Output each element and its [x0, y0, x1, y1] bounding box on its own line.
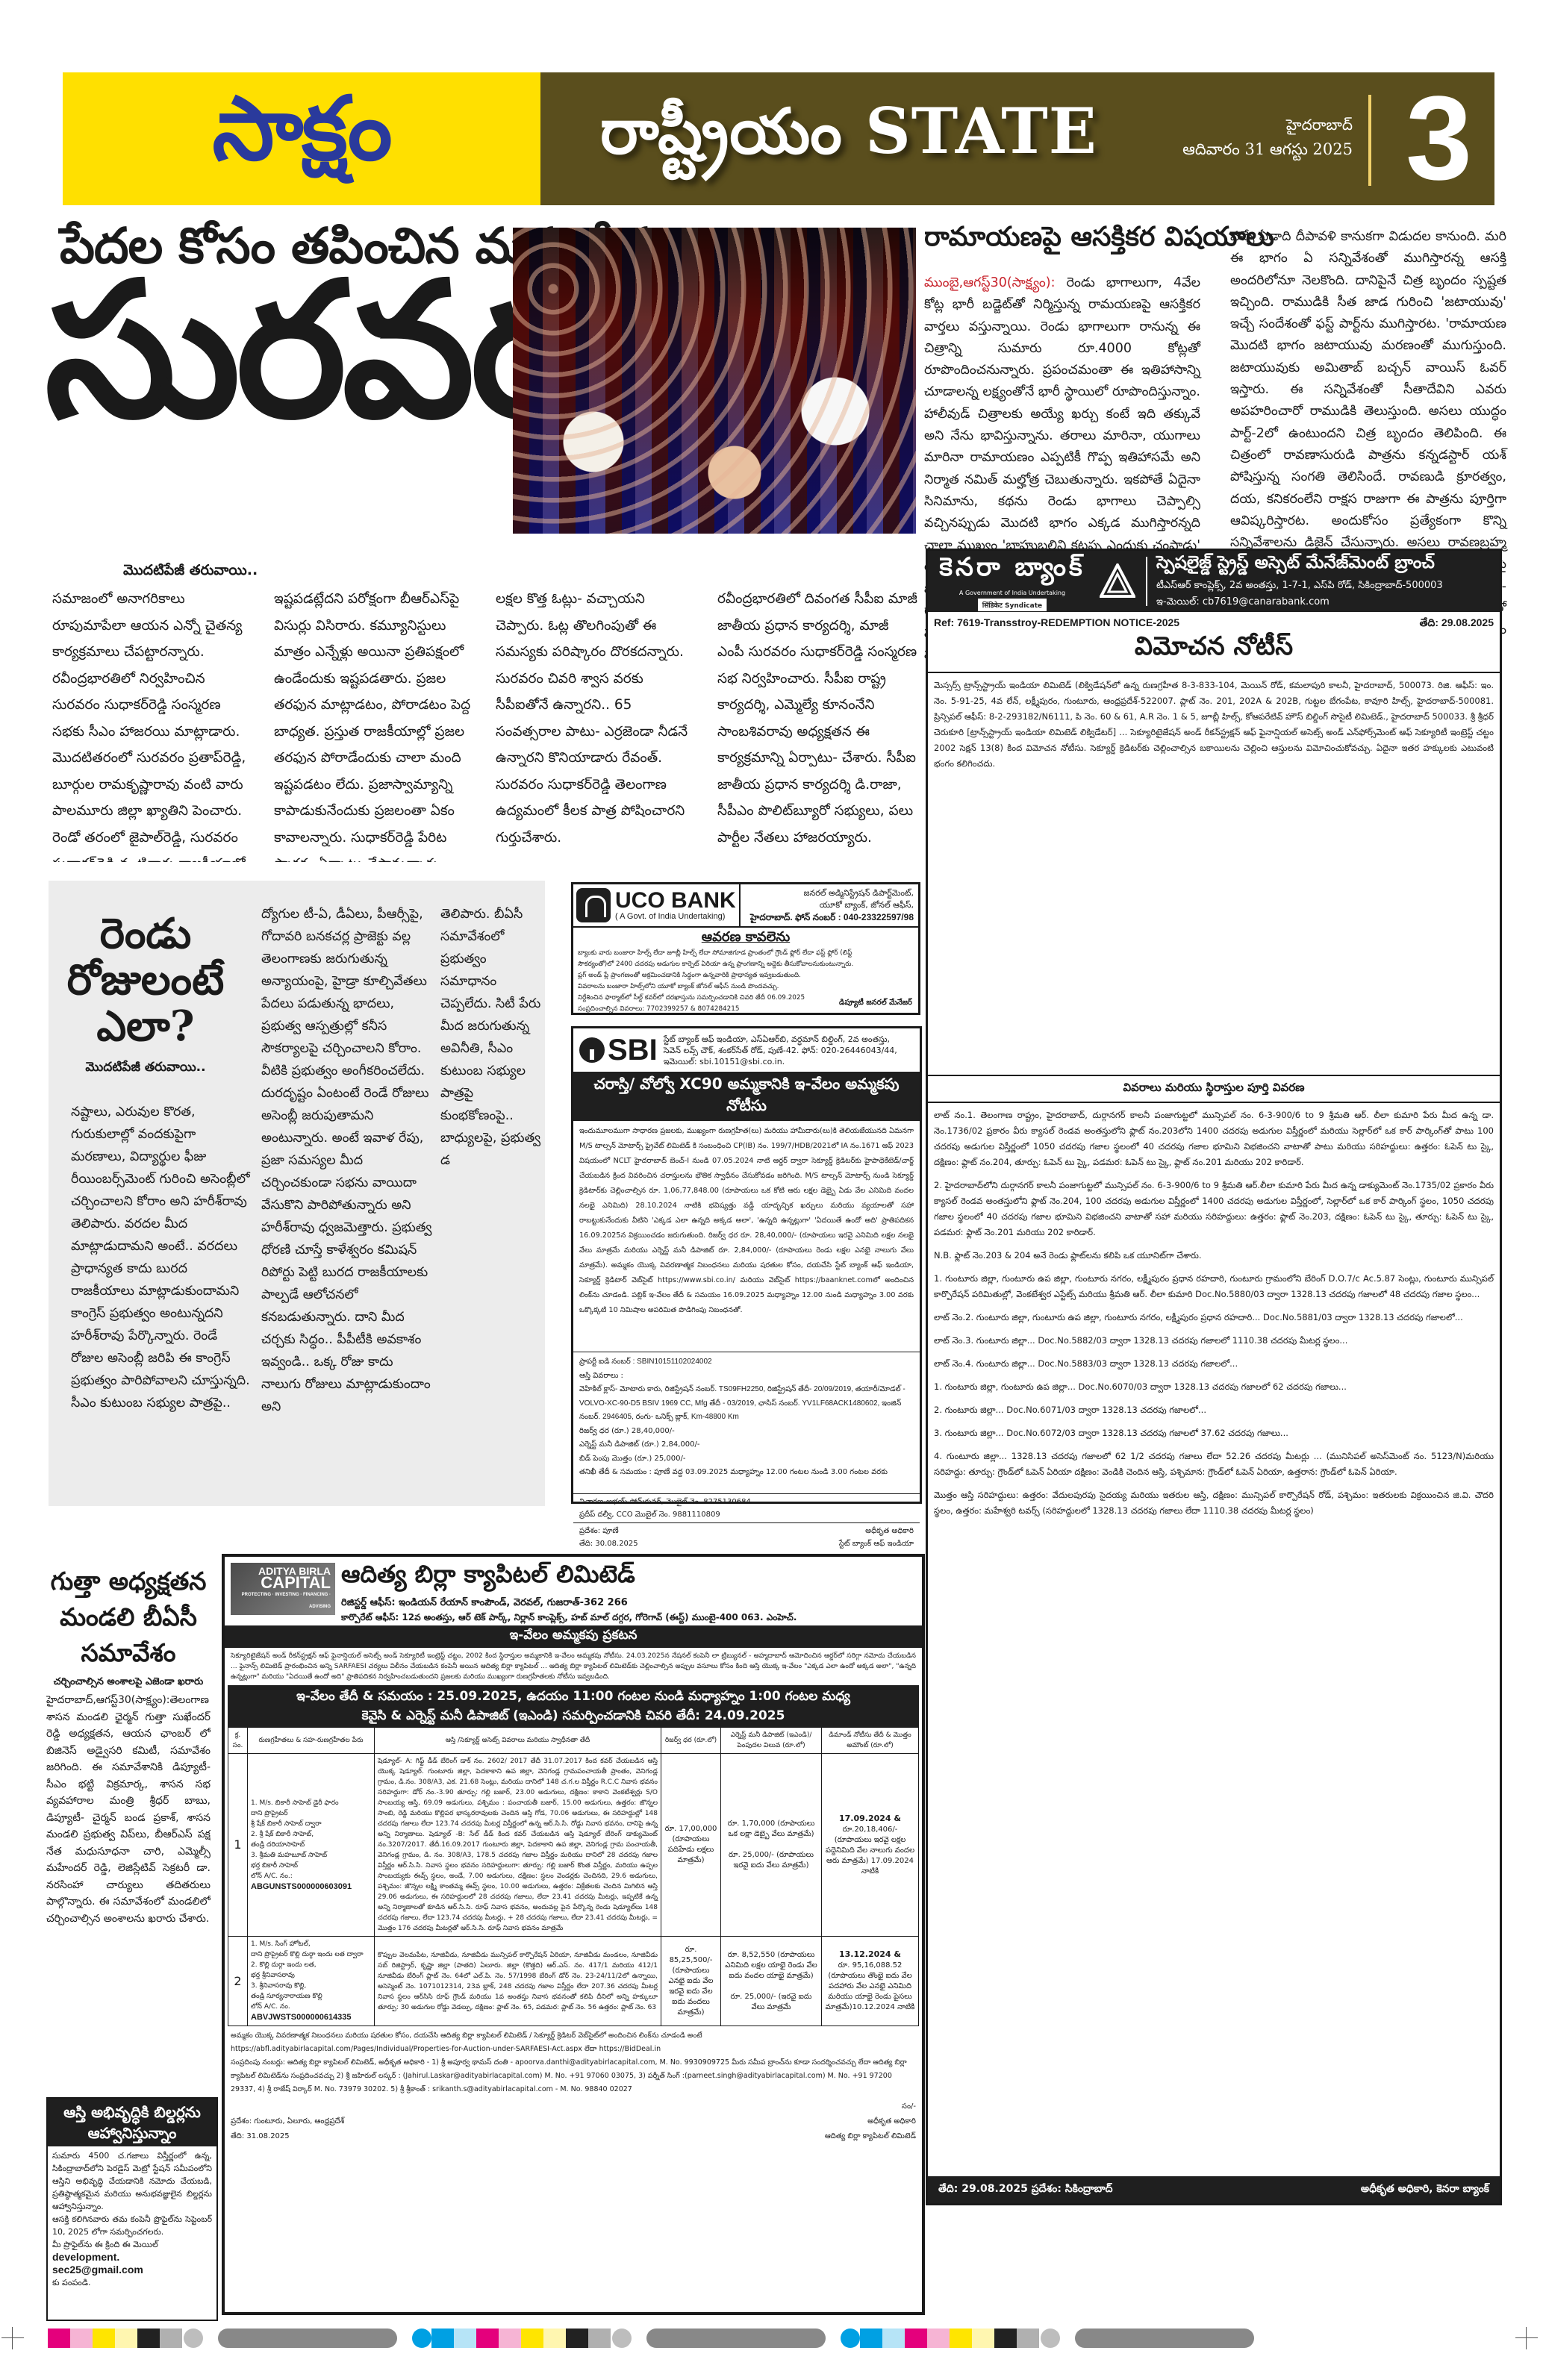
reserve-price: రిజర్వ్ ధర (రూ.) 28,40,000/- — [579, 1425, 914, 1439]
abc-date: తేది: 31.08.2025 — [231, 2129, 344, 2144]
col-header: క్ర. సం. — [228, 1728, 248, 1754]
builder-text: మీ ప్రొఫైల్‌ను ఈ క్రింది ఈ మెయిల్ — [52, 2238, 212, 2251]
lead-column: సమాజంలో అనాగరికాలు రూపుమాపేలా ఆయన ఎన్నో … — [52, 586, 253, 862]
abc-notice-bar: ఇ-వేలం అమ్మకపు ప్రకటన — [225, 1625, 922, 1648]
continued-label: మొదటిపేజీ తరువాయి.. — [123, 562, 258, 582]
logo-text: సాక్షం — [212, 77, 390, 202]
sbi-date: తేది: 30.08.2025 — [579, 1537, 638, 1550]
color-swatch — [882, 2329, 905, 2348]
abc-corp-office: కార్పొరేట్ ఆఫీస్: 12వ అంతస్తు, ఆర్ టెక్ … — [341, 1612, 922, 1625]
borrower-line: లోన్ A/C. నం.: — [251, 1871, 371, 1881]
canara-logo: కెనరా బ్యాంక్ A Government of India Unde… — [935, 552, 1089, 611]
sbi-property: ప్రాపర్టీ ఐడి నంబర్ : SBIN10151102024002… — [573, 1352, 920, 1494]
emd-increment: రూ. 8,52,550 (రూపాయలు ఎనిమిది లక్షల యాభై… — [721, 1937, 822, 2026]
uco-phone: హైదరాబాద్. ఫోన్ నంబర్ : 040-23322597/98 — [741, 911, 914, 923]
color-swatch — [521, 2329, 543, 2348]
reserve-price: రూ. 85,25,500/- (రూపాయలు ఎనభై ఐదు వేల ఇర… — [661, 1937, 721, 2026]
color-swatch — [70, 2329, 93, 2348]
col-header: ఆస్తి /సెక్యూర్డ్ అసెట్స్ వివరాలు మరియు … — [375, 1728, 661, 1754]
lot-item: మొత్తం ఆస్తి సరిహద్దులు: ఉత్తరం: వేదులపు… — [934, 1487, 1494, 1519]
dateline: ముంబై,ఆగస్ట్30(సాక్ష్యం): — [924, 275, 1056, 290]
builder-text: ఆసక్తి కలిగినవారు తమ కంపెనీ ప్రొఫైల్‌ను … — [52, 2213, 212, 2238]
ramayana-headline: రామాయణపై ఆసక్తికర విషయాలు — [924, 222, 1274, 259]
sbi-footer: ప్రదేశం: పూణే తేది: 30.08.2025 అధీకృత అధ… — [573, 1523, 920, 1552]
lot-item: 3. గుంటూరు జిల్లా... Doc.No.6072/03 ద్వా… — [934, 1425, 1494, 1441]
lead-column: ఇష్టపడట్లేదని పరోక్షంగా బీఆర్‌ఎస్‌పై విస… — [274, 586, 475, 862]
bank-name: కెనరా బ్యాంక్ — [935, 552, 1089, 588]
abc-place: ప్రదేశం: గుంటూరు, ఏలూరు, ఆంధ్రప్రదేశ్ — [231, 2114, 344, 2129]
borrower-line: 3. శ్రీనివాసరావు కొల్లి, — [251, 1981, 371, 1991]
property-label: ఆస్తి వివరాలు : — [579, 1369, 914, 1384]
divider — [1368, 95, 1371, 186]
lead-photo[interactable] — [513, 228, 916, 534]
notice-title: విమోచన నోటీస్ — [928, 631, 1500, 673]
sbi-address: స్టేట్ బ్యాంక్ ఆఫ్ ఇండియా, ఎస్ఏఆర్‌బి, వ… — [664, 1034, 897, 1067]
grey-bar — [646, 2329, 826, 2348]
color-swatch — [1017, 2329, 1039, 2348]
section-banner: రాష్ట్రీయం STATE హైదరాబాద్ ఆదివారం 31 ఆగ… — [540, 72, 1494, 205]
lot-item: 2. హైదరాబాద్‌లోని దుర్గానగర్ కాలనీ పంజాగ… — [934, 1178, 1494, 1240]
branch-address: టీఎస్ఆర్ కాంప్లెక్స్, 2వ అంతస్తు, 1-7-1,… — [1156, 580, 1443, 593]
lot-item: 4. గుంటూరు జిల్లా... 1328.13 చదరపు గజాలల… — [934, 1449, 1494, 1480]
uco-signatory: డిప్యూటీ జనరల్ మేనేజర్ — [839, 998, 912, 1008]
uco-line: బ్యాంకు వారు బంజారా హిల్స్ లేదా జూబ్లీ హ… — [578, 948, 914, 959]
schedule-lots: లాట్ నం.1. తెలంగాణ రాష్ట్రం, హైదరాబాద్, … — [928, 1103, 1500, 2189]
builder-text: కు పంపండి. — [52, 2276, 212, 2289]
page-number: 3 — [1406, 78, 1472, 198]
print-color-bar — [0, 2329, 1543, 2348]
terms-link-note[interactable]: అమ్మకం యొక్క వివరణాత్మక నిబంధనలు మరియు ష… — [231, 2029, 916, 2056]
sbi-auction-ad: SBI స్టేట్ బ్యాంక్ ఆఫ్ ఇండియా, ఎస్ఏఆర్‌బ… — [571, 1026, 922, 1504]
color-swatch — [93, 2329, 115, 2348]
emd-value: రూ. 8,52,550 (రూపాయలు ఎనిమిది లక్షల యాభై… — [724, 1950, 818, 1981]
auction-date: ఇ-వేలం తేదీ & సమయం : 25.09.2025, ఉదయం 11… — [228, 1687, 919, 1706]
builder-ad: ఆస్తి అభివృద్ధికి బిల్డర్లను ఆహ్వానిస్తు… — [46, 2097, 218, 2321]
aditya-birla-auction-ad: ADITYA BIRLA CAPITAL PROTECTING · INVEST… — [222, 1554, 925, 2315]
sbi-place: ప్రదేశం: పూణే — [579, 1525, 638, 1537]
branch-name: స్పెషలైజ్డ్ స్ట్రెస్డ్ అస్సెట్ మేనేజ్‌మె… — [1156, 553, 1443, 577]
canara-bank-notice: కెనరా బ్యాంక్ A Government of India Unde… — [926, 549, 1502, 2205]
sbi-signatory-bank: స్టేట్ బ్యాంక్ ఆఫ్ ఇండియా — [839, 1537, 914, 1550]
contact-note: సంప్రదింపు నంబర్లు: ఆదిత్య బిర్లా క్యాపి… — [231, 2056, 916, 2096]
uco-title: ఆవరణ కావలెను — [573, 928, 918, 948]
cyan-dot-icon — [841, 2329, 860, 2348]
borrower-line: లోన్ A/C. నం. — [251, 2002, 371, 2012]
borrower-line: తండ్రి దరియాసాహెబ్ — [251, 1840, 371, 1850]
uco-tagline: ( A Govt. of India Undertaking) — [615, 912, 736, 921]
vehicle-details: వెహికిల్ క్లాస్- మోటారు కారు, రిజిస్ట్రే… — [579, 1383, 914, 1425]
bid-increment: బిడ్ పెంపు మొత్తం (రూ.) 25,000/- — [579, 1452, 914, 1467]
color-swatch — [543, 2329, 566, 2348]
sbi-email[interactable]: ఇమెయిల్: sbi.10151@sbi.co.in. — [664, 1056, 897, 1067]
grey-dot-icon — [184, 2329, 203, 2348]
abc-intro: సెక్యూరిటైజేషన్ అండ్ రీకన్‌స్ట్రక్షన్ ఆఫ… — [225, 1648, 922, 1685]
builder-text: సుమారు 4500 చ.గజాలు విస్తీర్ణంలో ఉన్న, స… — [52, 2149, 212, 2213]
increment-value: రూ. 25,000/- (ఇరవై ఐదు వేలు మాత్రమే — [724, 1992, 818, 2013]
uco-address: జనరల్ అడ్మినిస్ట్రేషన్ డిపార్ట్‌మెంట్, య… — [739, 884, 918, 926]
color-swatch — [48, 2329, 70, 2348]
demand-amount: రూ. 95,16,088.52 (రూపాయలు తొంభై ఐదు వేల … — [825, 1961, 915, 2013]
uco-line: సౌకర్యంతో)లో 2400 చదరపు అడుగుల కార్పెట్ … — [578, 959, 914, 970]
borrower-line: 2. కొల్లి దుర్గా ఇందు లత, — [251, 1960, 371, 1970]
property-id: ప్రాపర్టీ ఐడి నంబర్ : SBIN10151102024002 — [579, 1355, 914, 1369]
table-header-row: క్ర. సం. రుణగ్రహీతలు & సహ-రుణగ్రహీతల పేర… — [228, 1728, 919, 1754]
color-swatch — [950, 2329, 972, 2348]
council-bac-story: గుత్తా అధ్యక్షతన మండలి బీఏసీ సమావేశం చర్… — [46, 1564, 211, 2071]
col-header: డిమాండ్ నోటీసు తేదీ & మొత్తం అమౌంట్ (రూ.… — [822, 1728, 919, 1754]
uco-bank-ad: UCO BANK ( A Govt. of India Undertaking)… — [571, 882, 920, 1015]
assembly-column: ద్యోగుల టీ-ఏ, డీఏలు, పీఆర్సీపై, గోదావరి … — [261, 903, 433, 1500]
syndicate-badge: सिंडिकेट Syndicate — [978, 599, 1047, 611]
table-row: 1 1. M/s. బికారీ సాహెబ్ డైరీ ఫారం దాని ప… — [228, 1754, 919, 1937]
col-header: రుణగ్రహీతలు & సహ-రుణగ్రహీతల పేరు — [248, 1728, 375, 1754]
borrower-line: భర్త శ్రీనివాసరావు — [251, 1970, 371, 1981]
color-swatch — [566, 2329, 588, 2348]
demand-date: 17.09.2024 & — [839, 1814, 901, 1823]
demand-notice: 17.09.2024 & రూ.20,18,406/- (రూపాయలు ఇరవ… — [822, 1754, 919, 1937]
uco-line: వివరాలను బంజారా హిల్స్‌లోని యూకో బ్యాంక్… — [578, 981, 914, 993]
color-swatch — [994, 2329, 1017, 2348]
notice-ref: Ref: 7619-Transstroy-REDEMPTION NOTICE-2… — [934, 616, 1179, 631]
uco-header: UCO BANK ( A Govt. of India Undertaking)… — [573, 884, 918, 928]
sbi-signatory: అధీకృత అధికారి — [839, 1525, 914, 1537]
sbi-header: SBI స్టేట్ బ్యాంక్ ఆఫ్ ఇండియా, ఎస్ఏఆర్‌బ… — [573, 1028, 920, 1072]
demand-date: 13.12.2024 & — [839, 1949, 901, 1959]
col-header: ఎర్నెస్ట్ మనీ డిపాజిట్ (ఇఎండి)/ పెంపుదల … — [721, 1728, 822, 1754]
footer-date-place: తేది: 29.08.2025 ప్రదేశం: సికింద్రాబాద్ — [938, 2183, 1112, 2197]
crowd-image-icon — [513, 228, 916, 534]
canara-triangle-icon — [1100, 563, 1135, 599]
abc-sd: సం/- — [825, 2099, 916, 2114]
demand-amount: రూ.20,18,406/- (రూపాయలు ఇరవై లక్షల పద్దె… — [825, 1825, 915, 1877]
emd-value: రూ. 1,70,000 (రూపాయలు ఒక లక్షా డెబ్బై వే… — [724, 1819, 818, 1840]
color-swatch — [927, 2329, 950, 2348]
sbi-logo: SBI — [579, 1034, 658, 1067]
borrower-line: తండ్రి సూర్యనారాయణ కొల్లి — [251, 1991, 371, 2002]
lead-column: లక్షల కొత్త ఓట్లు- వచ్చాయని చెప్పారు. ఓట… — [496, 586, 696, 862]
abc-header: ADITYA BIRLA CAPITAL PROTECTING · INVEST… — [225, 1557, 922, 1625]
color-swatch — [431, 2329, 454, 2348]
borrower-line: శ్రీ షేక్ బికారీ సాహెబ్ ద్వారా — [251, 1819, 371, 1829]
emd-amount: ఎర్నెస్ట్ మనీ డిపాజిట్ (రూ.) 2,84,000/- — [579, 1438, 914, 1452]
lead-story: పేదల కోసం తపించిన మహానేత సురవరం మొదటిపేజ… — [45, 213, 918, 869]
color-swatch — [499, 2329, 521, 2348]
lot-item: లాట్ నెం.4. గుంటూరు జిల్లా... Doc.No.588… — [934, 1356, 1494, 1372]
edition-city: హైదరాబాద్ — [1182, 116, 1353, 137]
grey-bar — [1075, 2329, 1254, 2348]
cyan-dot-icon — [412, 2329, 431, 2348]
borrower-line: 2. శ్రీ షేక్ బికారీ సాహెబ్, — [251, 1829, 371, 1840]
property-details: షెడ్యూల్- A: గిఫ్ట్ డీడ్ బేరింగ్ డాక్ నం… — [375, 1754, 661, 1937]
auction-table: క్ర. సం. రుణగ్రహీతలు & సహ-రుణగ్రహీతల పేర… — [228, 1727, 919, 2026]
color-swatch — [454, 2329, 476, 2348]
property-details: కొప్పుల వెలమపేట, నూజివీడు, నూజివీడు మున్… — [375, 1937, 661, 2026]
lead-column: రవీంద్రభారతిలో దివంగత సీపీఐ మాజీ జాతీయ ప… — [717, 586, 918, 862]
abc-notes: అమ్మకం యొక్క వివరణాత్మక నిబంధనలు మరియు ష… — [225, 2026, 922, 2099]
assembly-column: నష్టాలు, ఎరువుల కొరత, గురుకులాల్లో వందకు… — [71, 1101, 254, 1496]
borrower-names: 1. M/s. సింగ్ హోటల్, దాని ప్రొప్రైటర్ కొ… — [248, 1937, 375, 2026]
edition-date: ఆదివారం 31 ఆగస్టు 2025 — [1182, 140, 1353, 163]
demand-notice: 13.12.2024 & రూ. 95,16,088.52 (రూపాయలు త… — [822, 1937, 919, 2026]
council-headline: గుత్తా అధ్యక్షతన మండలి బీఏసీ సమావేశం — [46, 1564, 211, 1671]
color-swatch — [972, 2329, 994, 2348]
enquiry-contact: ప్రదీప్ దల్వీ, CCO మొబైల్ నెం. 988111080… — [579, 1508, 914, 1521]
lot-item: లాట్ నెం.3. గుంటూరు జిల్లా... Doc.No.588… — [934, 1333, 1494, 1349]
inspection-time: తనిఖీ తేదీ & సమయం : పూణే వద్ద 03.09.2025… — [579, 1466, 914, 1480]
sbi-title: చరాస్తి/ వోల్వో XC90 అమ్మకానికి ఇ-వేలం అ… — [573, 1072, 920, 1121]
borrower-line: 3. శ్రీమతి మహబూబ్ సాహెబ్ — [251, 1850, 371, 1861]
notice-ref-row: Ref: 7619-Transstroy-REDEMPTION NOTICE-2… — [928, 612, 1500, 631]
sbi-keyhole-icon — [579, 1037, 605, 1063]
auction-schedule-bar: ఇ-వేలం తేదీ & సమయం : 25.09.2025, ఉదయం 11… — [228, 1685, 919, 1727]
lot-item: లాట్ నెం.2. గుంటూరు జిల్లా, గుంటూరు ఉప జ… — [934, 1310, 1494, 1325]
row-sno: 2 — [228, 1937, 248, 2026]
builder-email[interactable]: development. sec25@gmail.com — [52, 2251, 212, 2276]
notice-body: మెస్సర్స్ ట్రాన్స్‌స్ట్రాయ్ ఇండియా లిమిట… — [928, 673, 1500, 1076]
section-title: రాష్ట్రీయం STATE — [600, 94, 1097, 184]
council-body: హైదరాబాద్,ఆగస్ట్30(సాక్ష్యం):తెలంగాణ శాస… — [46, 1692, 211, 2043]
reserve-price: రూ. 17,00,000 (రూపాయలు పదిహేడు లక్షలు మా… — [661, 1754, 721, 1937]
color-swatch — [115, 2329, 137, 2348]
uco-logo: UCO BANK ( A Govt. of India Undertaking) — [573, 884, 739, 926]
uco-line: ప్లగ్ అండ్ ప్లే ప్రాంగణంతో అక్రమించడానిక… — [578, 970, 914, 981]
grey-dot-icon — [1041, 2329, 1060, 2348]
lot-item: N.B. ఫ్లాట్ నెం.203 & 204 అనే రెండు ఫ్లా… — [934, 1248, 1494, 1264]
divider — [1146, 557, 1147, 606]
increment-value: రూ. 25,000/- (రూపాయలు ఇరవై ఐదు వేలు మాత్… — [724, 1850, 818, 1871]
lead-body: సమాజంలో అనాగరికాలు రూపుమాపేలా ఆయన ఎన్నో … — [52, 586, 918, 862]
lot-item: 1. గుంటూరు జిల్లా, గుంటూరు ఉప జిల్లా, గు… — [934, 1271, 1494, 1302]
branch-email[interactable]: ఇ-మెయిల్: cb7619@canarabank.com — [1156, 596, 1443, 610]
abc-logo: ADITYA BIRLA CAPITAL PROTECTING · INVEST… — [231, 1563, 335, 1615]
row-sno: 1 — [228, 1754, 248, 1937]
lot-item: 2. గుంటూరు జిల్లా... Doc.No.6071/03 ద్వా… — [934, 1402, 1494, 1418]
sbi-address-line: స్టేట్ బ్యాంక్ ఆఫ్ ఇండియా, ఎస్ఏఆర్‌బి, వ… — [664, 1034, 897, 1045]
abc-signature: ప్రదేశం: గుంటూరు, ఏలూరు, ఆంధ్రప్రదేశ్ తే… — [225, 2099, 922, 2144]
newspaper-logo[interactable]: సాక్షం — [63, 72, 540, 205]
assembly-column: తెలిపారు. బీఏసీ సమావేశంలో ప్రభుత్వం సమాధ… — [440, 903, 541, 1500]
notice-date: తేది: 29.08.2025 — [1420, 616, 1494, 631]
abc-signatory-company: ఆదిత్య బిర్లా క్యాపిటల్ లిమిటెడ్ — [825, 2129, 916, 2144]
lot-item: 1. గుంటూరు జిల్లా, గుంటూరు ఉప జిల్లా... … — [934, 1379, 1494, 1395]
color-swatch — [137, 2329, 160, 2348]
builder-headline: ఆస్తి అభివృద్ధికి బిల్డర్లను ఆహ్వానిస్తు… — [48, 2099, 216, 2146]
logo-tagline: PROTECTING · INVESTING · FINANCING · ADV… — [231, 1589, 331, 1613]
sbi-body: ఇందుమూలముగా సాధారణ ప్రజలకు, ముఖ్యంగా రుణ… — [573, 1121, 920, 1352]
borrower-line: దాని ప్రొప్రైటర్ — [251, 1808, 371, 1819]
masthead: సాక్షం రాష్ట్రీయం STATE హైదరాబాద్ ఆదివార… — [63, 72, 1494, 205]
loan-account: ABGUNSTS000000603091 — [251, 1882, 352, 1891]
borrower-names: 1. M/s. బికారీ సాహెబ్ డైరీ ఫారం దాని ప్ర… — [248, 1754, 375, 1937]
borrower-line: 1. M/s. సింగ్ హోటల్, — [251, 1939, 371, 1949]
canara-header: కెనరా బ్యాంక్ A Government of India Unde… — [928, 551, 1500, 612]
borrower-line: దాని ప్రొప్రైటర్ కొల్లి దుర్గా ఇందు లత ద… — [251, 1949, 371, 1960]
uco-dept: జనరల్ అడ్మినిస్ట్రేషన్ డిపార్ట్‌మెంట్, — [741, 887, 914, 899]
emd-increment: రూ. 1,70,000 (రూపాయలు ఒక లక్షా డెబ్బై వే… — [721, 1754, 822, 1937]
council-subhead: చర్చించాల్సిన అంశాలపై ఎజెండా ఖరారు — [46, 1674, 211, 1690]
table-row: 2 1. M/s. సింగ్ హోటల్, దాని ప్రొప్రైటర్ … — [228, 1937, 919, 2026]
builder-body: సుమారు 4500 చ.గజాలు విస్తీర్ణంలో ఉన్న, స… — [48, 2146, 216, 2292]
continued-label: మొదటిపేజీ తరువాయి.. — [63, 1060, 228, 1078]
ramayana-story: రామాయణపై ఆసక్తికర విషయాలు ముంబై,ఆగస్ట్30… — [924, 213, 1506, 541]
abc-titles: ఆదిత్య బిర్లా క్యాపిటల్ లిమిటెడ్ రిజిస్ట… — [341, 1557, 922, 1625]
color-swatch — [905, 2329, 927, 2348]
edition-meta: హైదరాబాద్ ఆదివారం 31 ఆగస్టు 2025 — [1182, 116, 1353, 163]
enquiry-contact: విచారణ-అభయ్ సోమ్‌కువర్, మొబైల్ నెం. 8275… — [579, 1496, 914, 1508]
loan-account: ABVJWSTS000000614335 — [251, 2013, 352, 2022]
schedule-title: వివరాలు మరియు స్థిరాస్తుల పూర్తి వివరణ — [928, 1076, 1500, 1103]
kyc-deadline: కెవైసి & ఎర్నెస్ట్ మనీ డిపాజిట్ (ఇఎండి) … — [228, 1706, 919, 1725]
lot-item: లాట్ నం.1. తెలంగాణ రాష్ట్రం, హైదరాబాద్, … — [934, 1108, 1494, 1170]
color-swatch — [160, 2329, 182, 2348]
abc-title: ఆదిత్య బిర్లా క్యాపిటల్ లిమిటెడ్ — [341, 1560, 922, 1594]
assembly-headline: రెండు రోజులంటే ఎలా? — [63, 911, 228, 1049]
grey-bar — [218, 2329, 397, 2348]
color-swatch — [860, 2329, 882, 2348]
registration-mark-icon — [1515, 2327, 1538, 2349]
col-header: రిజర్వ్ ధర (రూ.లో) — [661, 1728, 721, 1754]
footer-signatory: అధీకృత అధికారి, కెనరా బ్యాంక్ — [1361, 2183, 1489, 2197]
logo-line: CAPITAL — [231, 1577, 331, 1589]
borrower-line: 1. M/s. బికారీ సాహెబ్ డైరీ ఫారం — [251, 1798, 371, 1808]
color-swatch — [588, 2329, 611, 2348]
branch-info: స్పెషలైజ్డ్ స్ట్రెస్డ్ అస్సెట్ మేనేజ్‌మె… — [1156, 553, 1443, 610]
grey-dot-icon — [612, 2329, 632, 2348]
bank-tagline: A Government of India Undertaking — [935, 590, 1089, 596]
borrower-line: భర్త బికారీ సాహెబ్ — [251, 1861, 371, 1871]
assembly-story: రెండు రోజులంటే ఎలా? మొదటిపేజీ తరువాయి.. … — [49, 881, 545, 1506]
sbi-logo-text: SBI — [608, 1034, 658, 1067]
uco-emblem-icon — [576, 888, 611, 922]
sbi-enquiry: విచారణ-అభయ్ సోమ్‌కువర్, మొబైల్ నెం. 8275… — [573, 1494, 920, 1523]
abc-signatory: అధీకృత అధికారి — [825, 2114, 916, 2129]
uco-name: UCO BANK — [615, 890, 736, 912]
abc-regd-office: రిజిస్టర్డ్ ఆఫీస్: ఇండియన్ రేయాన్ కాంపౌం… — [341, 1597, 922, 1611]
color-swatch — [476, 2329, 499, 2348]
notice-footer: తేది: 29.08.2025 ప్రదేశం: సికింద్రాబాద్ … — [928, 2176, 1500, 2203]
sbi-address-line: సెవెన్ లవ్స్ చౌక్, శంకర్‌సేత్ రోడ్, పుణే… — [664, 1045, 897, 1056]
uco-office: యూకో బ్యాంక్, జోనల్ ఆఫీస్, — [741, 899, 914, 911]
